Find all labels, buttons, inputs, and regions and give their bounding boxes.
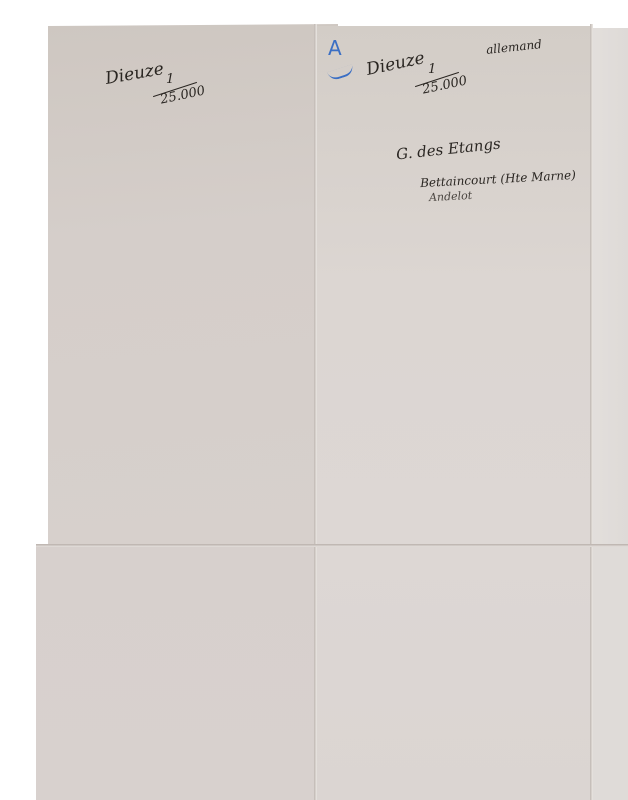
folded-sheet	[30, 24, 628, 800]
right-vertical-fold	[590, 24, 593, 800]
right-scale-numerator: 1	[428, 62, 436, 77]
locality-note: Andelot	[429, 189, 473, 204]
panel-top-right-edge	[590, 28, 628, 546]
panel-top-right	[316, 26, 592, 546]
left-scale-numerator: 1	[166, 72, 174, 87]
panel-bottom-right	[314, 546, 594, 800]
panel-bottom-right-edge	[592, 546, 628, 800]
panel-top-left	[48, 24, 338, 546]
center-vertical-fold	[314, 24, 317, 800]
horizontal-fold	[36, 544, 628, 547]
blue-marker-letter: A	[328, 36, 342, 60]
panel-bottom-left	[36, 546, 314, 800]
